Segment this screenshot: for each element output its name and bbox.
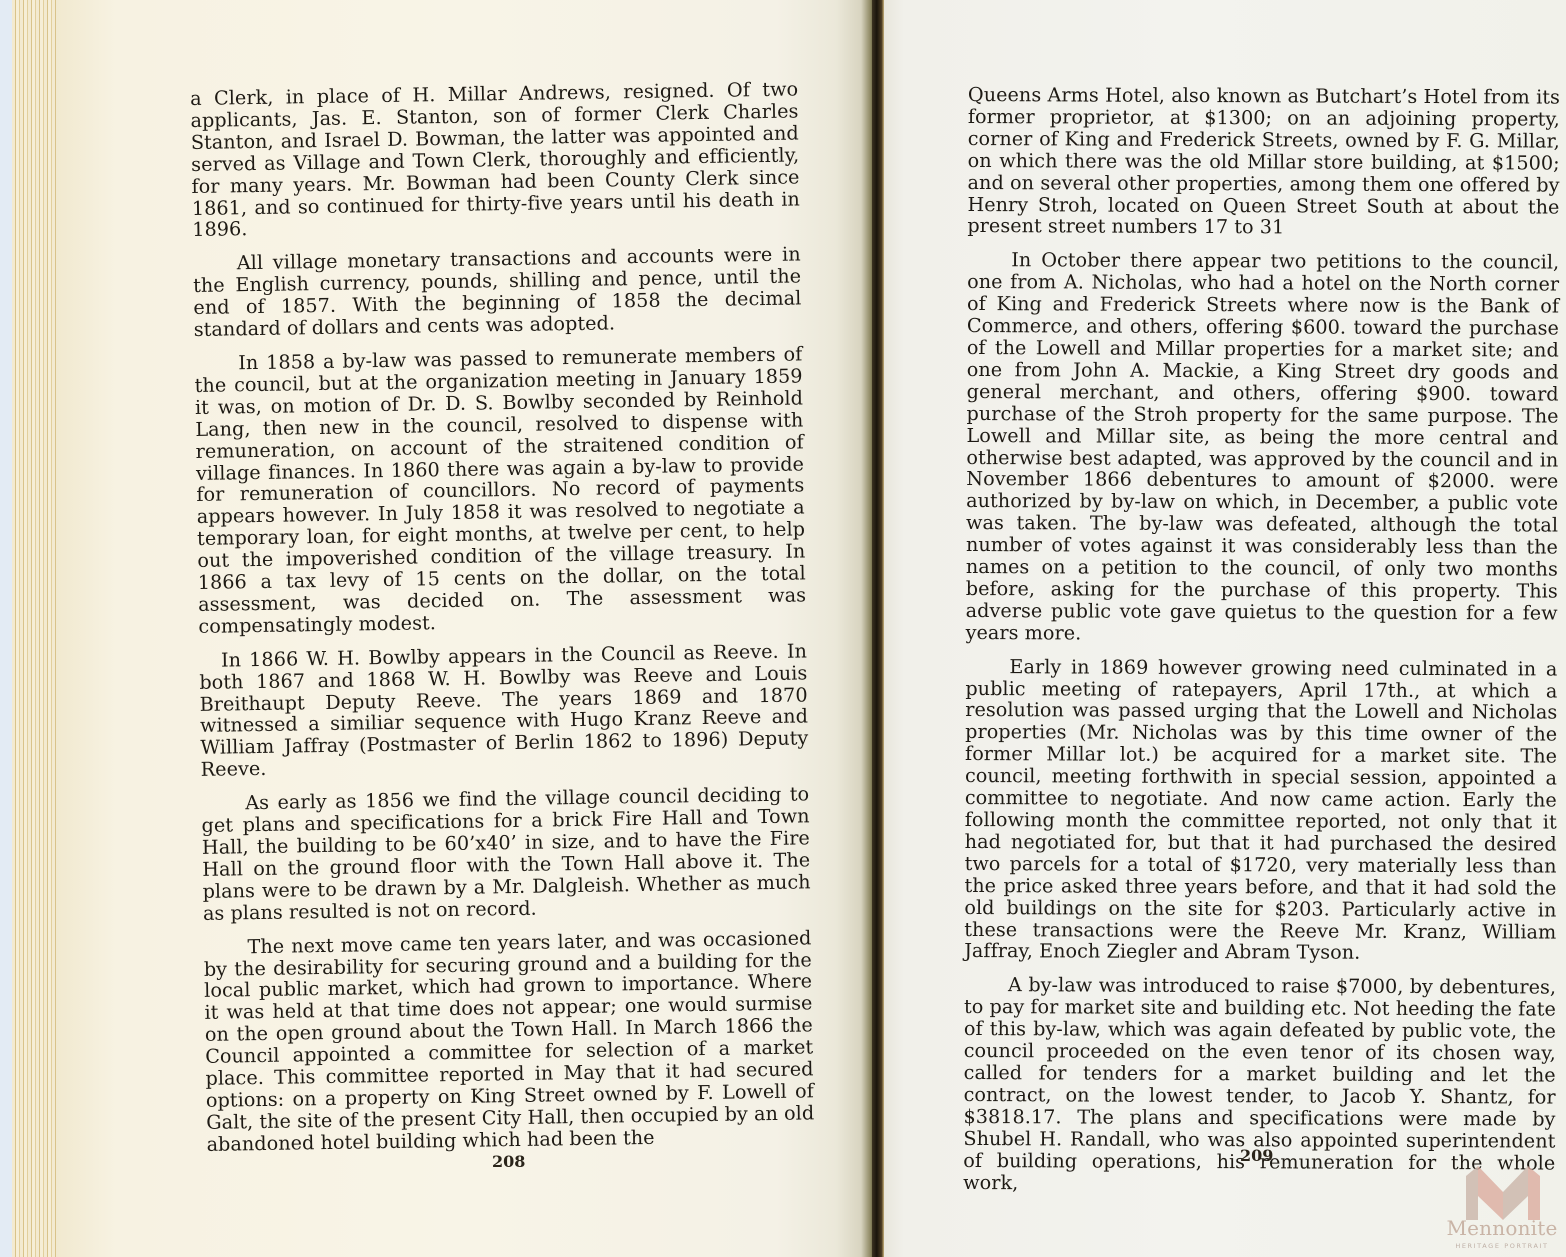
paragraph: The next move came ten years later, and … — [203, 927, 814, 1156]
paragraph: All village monetary transactions and ac… — [193, 244, 802, 341]
paragraph: a Clerk, in place of H. Millar Andrews, … — [190, 78, 800, 241]
paragraph: In 1858 a by-law was passed to remunerat… — [194, 343, 806, 637]
paragraph: Early in 1869 however growing need culmi… — [964, 656, 1557, 965]
right-page-text: Queens Arms Hotel, also known as Butchar… — [963, 84, 1560, 1208]
paragraph: In October there appear two petitions to… — [966, 249, 1560, 646]
book-gutter — [872, 0, 884, 1257]
watermark: Mennonite HERITAGE PORTRAIT — [1438, 1160, 1566, 1257]
paragraph: As early as 1856 we find the village cou… — [201, 784, 811, 925]
watermark-subtitle: HERITAGE PORTRAIT — [1438, 1242, 1566, 1250]
page-number-right: 209 — [1240, 1146, 1273, 1165]
left-page-text: a Clerk, in place of H. Millar Andrews, … — [190, 78, 815, 1167]
page-edges — [12, 0, 58, 1257]
watermark-title: Mennonite — [1438, 1216, 1566, 1240]
page-number-left: 208 — [492, 1152, 525, 1171]
mennonite-logo-icon — [1464, 1162, 1542, 1220]
paragraph: Queens Arms Hotel, also known as Butchar… — [967, 84, 1560, 240]
book-spread: a Clerk, in place of H. Millar Andrews, … — [0, 0, 1566, 1257]
paragraph: In 1866 W. H. Bowlby appears in the Coun… — [199, 640, 809, 781]
